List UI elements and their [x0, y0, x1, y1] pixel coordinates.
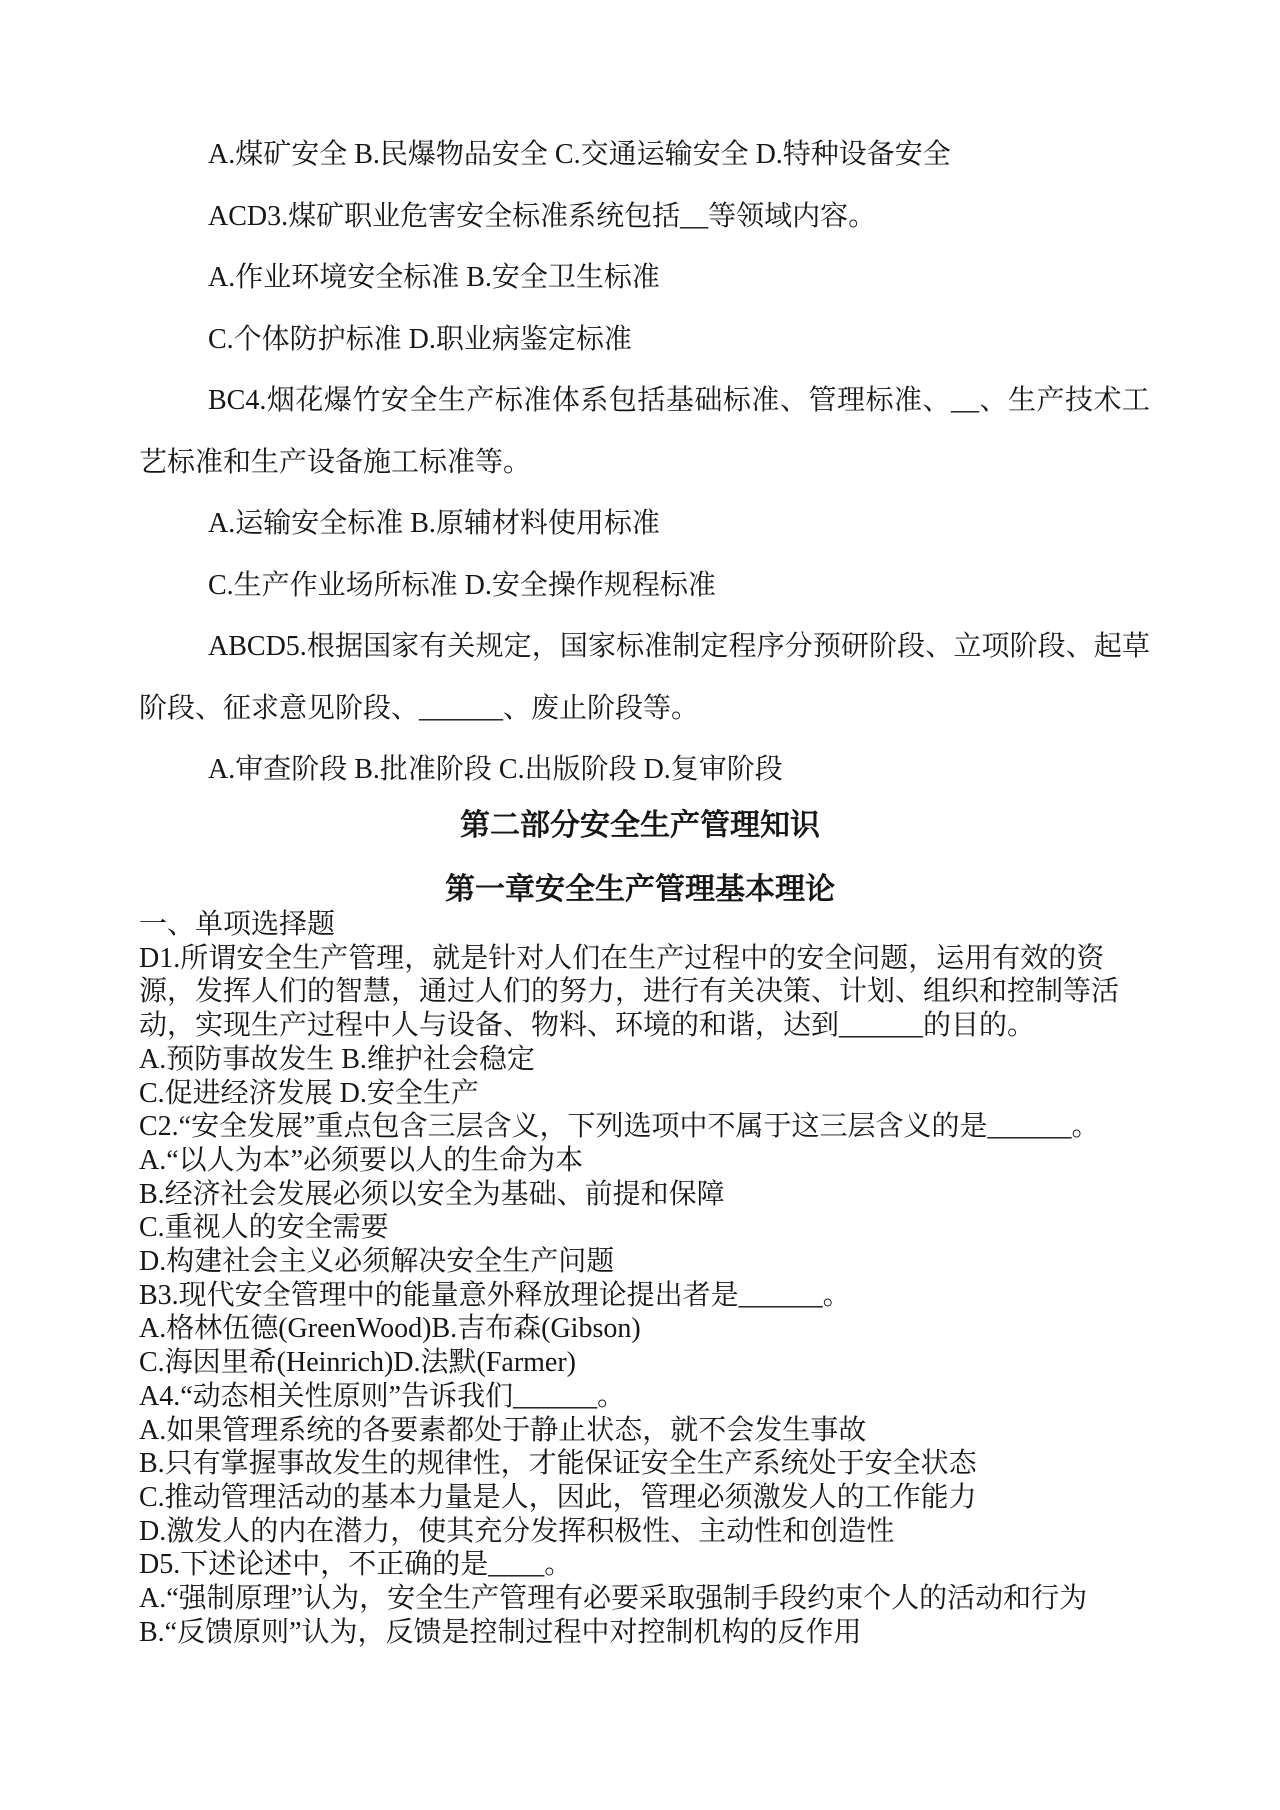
- section-chapter1-questions: 一、单项选择题D1.所谓安全生产管理，就是针对人们在生产过程中的安全问题，运用有…: [139, 908, 1239, 1649]
- text-line: C.推动管理活动的基本力量是人，因此，管理必须激发人的工作能力: [139, 1481, 1239, 1515]
- text-line: BC4.烟花爆竹安全生产标准体系包括基础标准、管理标准、__、生产技术工: [139, 370, 1150, 432]
- text-line: D.激发人的内在潜力，使其充分发挥积极性、主动性和创造性: [139, 1515, 1239, 1549]
- text-line: C.海因里希(Heinrich)D.法默(Farmer): [139, 1346, 1239, 1380]
- text-line: A.运输安全标准 B.原辅材料使用标准: [139, 493, 1150, 555]
- text-line: A.预防事故发生 B.维护社会稳定: [139, 1043, 1239, 1077]
- document-page: A.煤矿安全 B.民爆物品安全 C.交通运输安全 D.特种设备安全ACD3.煤矿…: [0, 0, 1280, 1810]
- text-line: A.“以人为本”必须要以人的生命为本: [139, 1144, 1239, 1178]
- text-line: A.格林伍德(GreenWood)B.吉布森(Gibson): [139, 1312, 1239, 1346]
- text-line: D5.下述论述中，不正确的是____。: [139, 1548, 1239, 1582]
- text-line: C.生产作业场所标准 D.安全操作规程标准: [139, 555, 1150, 617]
- text-line: D.构建社会主义必须解决安全生产问题: [139, 1245, 1239, 1279]
- text-line: 阶段、征求意见阶段、______、废止阶段等。: [139, 678, 1150, 740]
- text-line: A.审查阶段 B.批准阶段 C.出版阶段 D.复审阶段: [139, 739, 1150, 801]
- section-part1-questions: A.煤矿安全 B.民爆物品安全 C.交通运输安全 D.特种设备安全ACD3.煤矿…: [139, 124, 1150, 801]
- text-line: B.“反馈原则”认为，反馈是控制过程中对控制机构的反作用: [139, 1616, 1239, 1650]
- text-line: 动，实现生产过程中人与设备、物料、环境的和谐，达到______的目的。: [139, 1009, 1239, 1043]
- text-line: ABCD5.根据国家有关规定，国家标准制定程序分预研阶段、立项阶段、起草: [139, 616, 1150, 678]
- chapter-heading: 第一章安全生产管理基本理论: [0, 870, 1280, 910]
- text-line: B.只有掌握事故发生的规律性，才能保证安全生产系统处于安全状态: [139, 1447, 1239, 1481]
- text-line: 艺标准和生产设备施工标准等。: [139, 432, 1150, 494]
- text-line: C2.“安全发展”重点包含三层含义，下列选项中不属于这三层含义的是______。: [139, 1110, 1239, 1144]
- part-heading: 第二部分安全生产管理知识: [0, 806, 1280, 846]
- text-line: A.作业环境安全标准 B.安全卫生标准: [139, 247, 1150, 309]
- text-line: C.重视人的安全需要: [139, 1211, 1239, 1245]
- text-line: C.促进经济发展 D.安全生产: [139, 1077, 1239, 1111]
- text-line: A4.“动态相关性原则”告诉我们______。: [139, 1380, 1239, 1414]
- text-line: C.个体防护标准 D.职业病鉴定标准: [139, 309, 1150, 371]
- text-line: A.煤矿安全 B.民爆物品安全 C.交通运输安全 D.特种设备安全: [139, 124, 1150, 186]
- text-line: A.如果管理系统的各要素都处于静止状态，就不会发生事故: [139, 1414, 1239, 1448]
- text-line: ACD3.煤矿职业危害安全标准系统包括__等领域内容。: [139, 186, 1150, 248]
- text-line: B3.现代安全管理中的能量意外释放理论提出者是______。: [139, 1279, 1239, 1313]
- text-line: 一、单项选择题: [139, 908, 1239, 942]
- text-line: A.“强制原理”认为，安全生产管理有必要采取强制手段约束个人的活动和行为: [139, 1582, 1239, 1616]
- text-line: D1.所谓安全生产管理，就是针对人们在生产过程中的安全问题，运用有效的资: [139, 942, 1239, 976]
- text-line: 源，发挥人们的智慧，通过人们的努力，进行有关决策、计划、组织和控制等活: [139, 975, 1239, 1009]
- text-line: B.经济社会发展必须以安全为基础、前提和保障: [139, 1178, 1239, 1212]
